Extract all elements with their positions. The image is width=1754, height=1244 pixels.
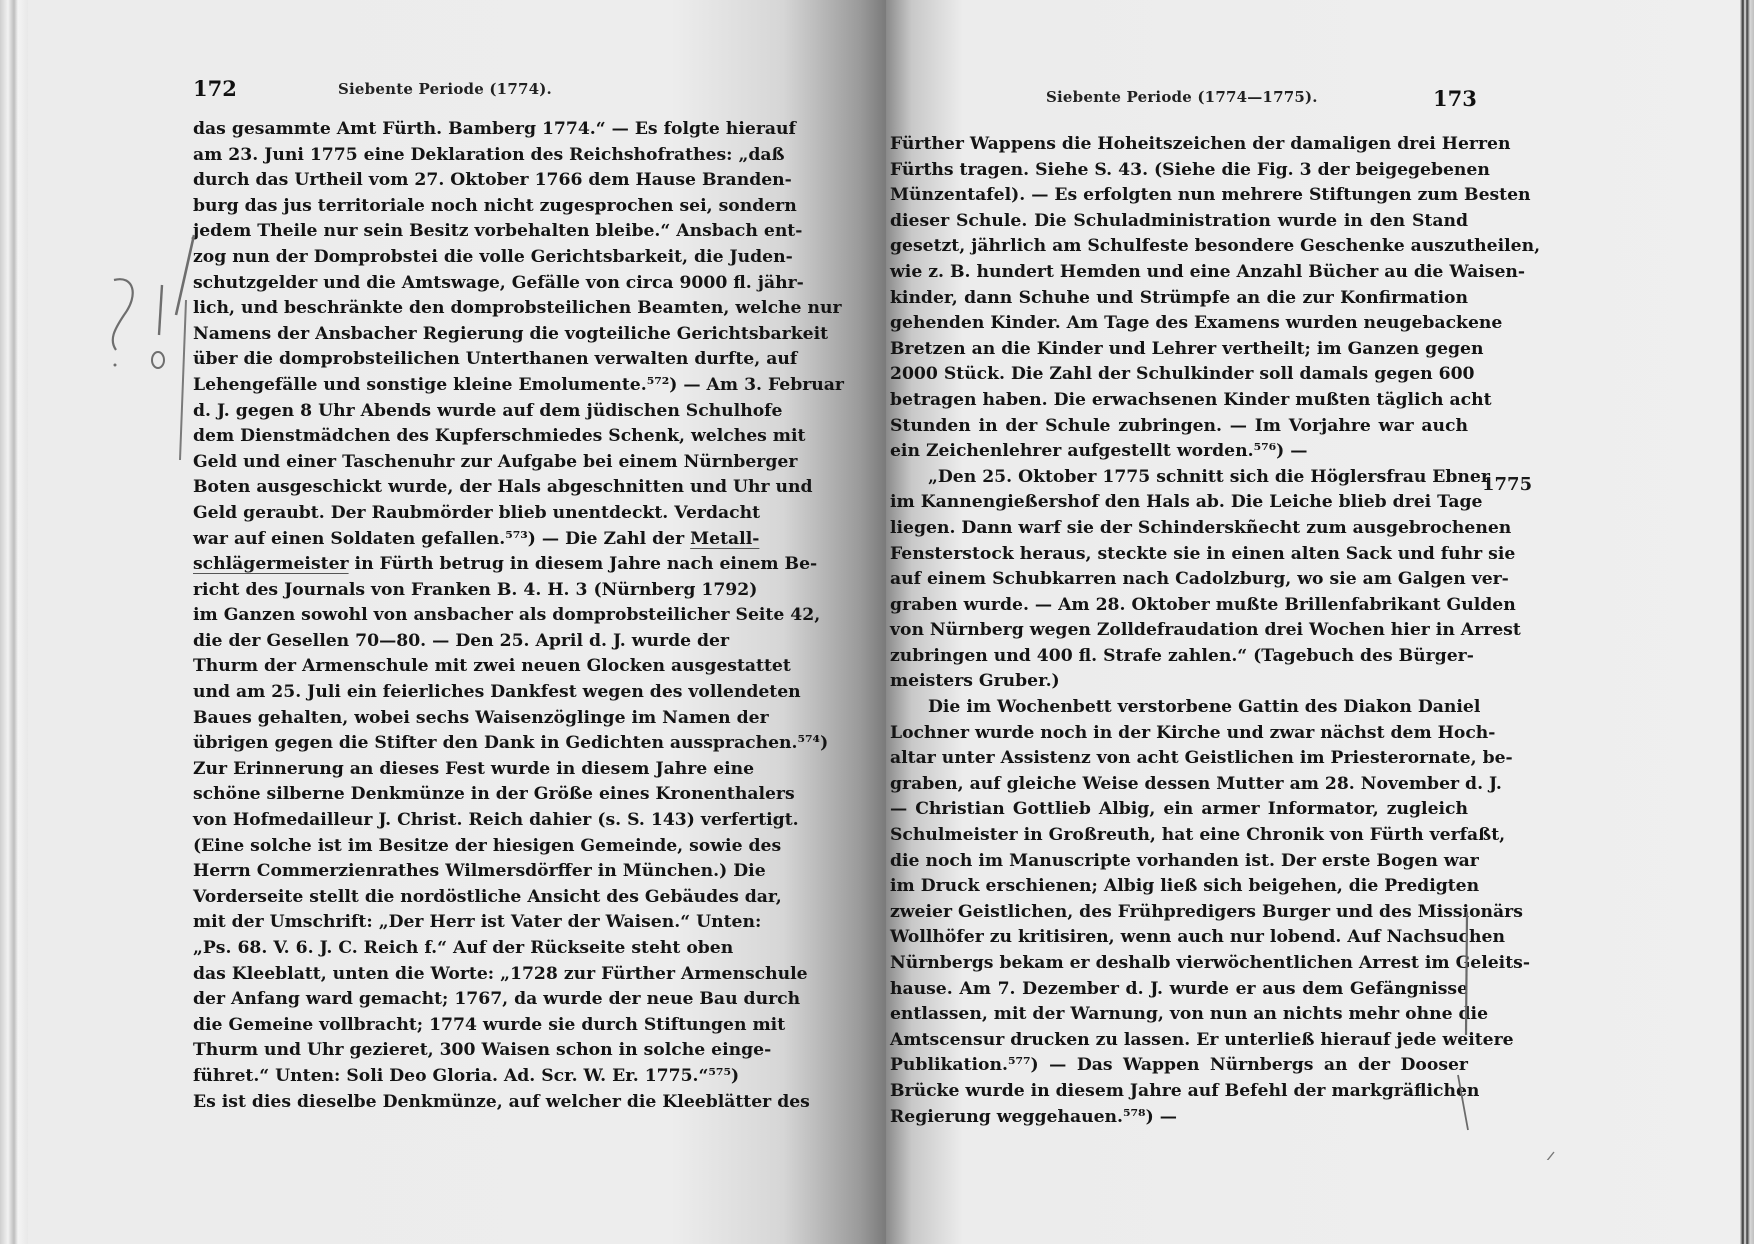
right-text-line: zweier Geistlichen, des Frühpredigers Bu… <box>890 900 1468 926</box>
right-text-line: entlassen, mit der Warnung, von nun an n… <box>890 1002 1468 1028</box>
left-text-line: Namens der Ansbacher Regierung die vogte… <box>193 322 721 348</box>
right-text-line: Lochner wurde noch in der Kirche und zwa… <box>890 721 1468 747</box>
right-page: Siebente Periode (1774—1775). 173 Fürthe… <box>886 0 1740 1244</box>
left-text-line: über die domprobsteilichen Unterthanen v… <box>193 347 721 373</box>
right-text-line: Nürnbergs bekam er deshalb vierwöchentli… <box>890 951 1468 977</box>
left-text-line: mit der Umschrift: „Der Herr ist Vater d… <box>193 910 721 936</box>
left-text-line: lich, und beschränkte den domprobsteilic… <box>193 296 721 322</box>
left-text-line: Es ist dies dieselbe Denkmünze, auf welc… <box>193 1090 721 1116</box>
right-text-line: wie z. B. hundert Hemden und eine Anzahl… <box>890 260 1468 286</box>
right-text-line: Fürths tragen. Siehe S. 43. (Siehe die F… <box>890 158 1468 184</box>
right-text-line: Fürther Wappens die Hoheitszeichen der d… <box>890 132 1468 158</box>
left-text-line: jedem Theile nur sein Besitz vorbehalten… <box>193 219 721 245</box>
left-text-line: und am 25. Juli ein feierliches Dankfest… <box>193 680 721 706</box>
right-text-line: im Kannengießershof den Hals ab. Die Lei… <box>890 490 1468 516</box>
right-text-line: kinder, dann Schuhe und Strümpfe an die … <box>890 286 1468 312</box>
left-text-line: schöne silberne Denkmünze in der Größe e… <box>193 782 721 808</box>
right-text-line: gehenden Kinder. Am Tage des Examens wur… <box>890 311 1468 337</box>
left-text-line: Thurm der Armenschule mit zwei neuen Glo… <box>193 654 721 680</box>
left-text-line: Lehengefälle und sonstige kleine Emolume… <box>193 373 721 399</box>
left-text-line: Vorderseite stellt die nordöstliche Ansi… <box>193 885 721 911</box>
right-text-line: zubringen und 400 fl. Strafe zahlen.“ (T… <box>890 644 1468 670</box>
left-text-line: Boten ausgeschickt wurde, der Hals abges… <box>193 475 721 501</box>
right-text-line: ein Zeichenlehrer aufgestellt worden.⁵⁷⁶… <box>890 439 1468 465</box>
left-text-line: durch das Urtheil vom 27. Oktober 1766 d… <box>193 168 721 194</box>
right-text-line: betragen haben. Die erwachsenen Kinder m… <box>890 388 1468 414</box>
right-text-line: gesetzt, jährlich am Schulfeste besonder… <box>890 234 1468 260</box>
right-text-line: hause. Am 7. Dezember d. J. wurde er aus… <box>890 977 1468 1003</box>
left-text-line: Zur Erinnerung an dieses Fest wurde in d… <box>193 757 721 783</box>
right-text-line: meisters Gruber.) <box>890 669 1468 695</box>
right-text-line: Schulmeister in Großreuth, hat eine Chro… <box>890 823 1468 849</box>
left-text-line: am 23. Juni 1775 eine Deklaration des Re… <box>193 143 721 169</box>
left-page: 172 Siebente Periode (1774). das gesammt… <box>28 0 886 1244</box>
right-text-line: Bretzen an die Kinder und Lehrer verthei… <box>890 337 1468 363</box>
left-text-line: führet.“ Unten: Soli Deo Gloria. Ad. Scr… <box>193 1064 721 1090</box>
left-text-line: schutzgelder und die Amtswage, Gefälle v… <box>193 271 721 297</box>
pencil-underlined-word: Metall- <box>690 529 759 549</box>
right-running-head: Siebente Periode (1774—1775). <box>1046 88 1318 106</box>
left-text-line: im Ganzen sowohl von ansbacher als dompr… <box>193 603 721 629</box>
right-text-line: Regierung weggehauen.⁵⁷⁸) — <box>890 1105 1468 1131</box>
right-text-line: Die im Wochenbett verstorbene Gattin des… <box>890 695 1468 721</box>
right-page-number: 173 <box>1433 86 1477 111</box>
right-text-line: Wollhöfer zu kritisiren, wenn auch nur l… <box>890 925 1468 951</box>
right-text-line: auf einem Schubkarren nach Cadolzburg, w… <box>890 567 1468 593</box>
left-text-line: Baues gehalten, wobei sechs Waisenzöglin… <box>193 706 721 732</box>
left-running-head: Siebente Periode (1774). <box>338 80 552 98</box>
right-text-line: die noch im Manuscripte vorhanden ist. D… <box>890 849 1468 875</box>
page-stack-edge-left <box>0 0 28 1244</box>
book-spread: 172 Siebente Periode (1774). das gesammt… <box>0 0 1754 1244</box>
left-text-line: Geld geraubt. Der Raubmörder blieb unent… <box>193 501 721 527</box>
left-text-line: Geld und einer Taschenuhr zur Aufgabe be… <box>193 450 721 476</box>
right-text-line: graben wurde. — Am 28. Oktober mußte Bri… <box>890 593 1468 619</box>
right-text-line: Münzentafel). — Es erfolgten nun mehrere… <box>890 183 1468 209</box>
pencil-underlined-word: schlägermeister <box>193 554 349 574</box>
right-text-line: 2000 Stück. Die Zahl der Schulkinder sol… <box>890 362 1468 388</box>
right-text-line: Fensterstock heraus, steckte sie in eine… <box>890 542 1468 568</box>
right-text-line: Publikation.⁵⁷⁷) — Das Wappen Nürnbergs … <box>890 1053 1468 1079</box>
left-text-line: dem Dienstmädchen des Kupferschmiedes Sc… <box>193 424 721 450</box>
left-text-line: war auf einen Soldaten gefallen.⁵⁷³) — D… <box>193 527 721 553</box>
left-body-text: das gesammte Amt Fürth. Bamberg 1774.“ —… <box>193 117 721 1115</box>
left-text-line: das Kleeblatt, unten die Worte: „1728 zu… <box>193 962 721 988</box>
left-text-line: das gesammte Amt Fürth. Bamberg 1774.“ —… <box>193 117 721 143</box>
left-text-line: richt des Journals von Franken B. 4. H. … <box>193 578 721 604</box>
right-text-line: Brücke wurde in diesem Jahre auf Befehl … <box>890 1079 1468 1105</box>
right-text-line: graben, auf gleiche Weise dessen Mutter … <box>890 772 1468 798</box>
left-text-line: burg das jus territoriale noch nicht zug… <box>193 194 721 220</box>
pencil-margin-mark-icon <box>94 220 204 470</box>
left-text-line: „Ps. 68. V. 6. J. C. Reich f.“ Auf der R… <box>193 936 721 962</box>
left-text-line: übrigen gegen die Stifter den Dank in Ge… <box>193 731 721 757</box>
left-text-line: Thurm und Uhr gezieret, 300 Waisen schon… <box>193 1038 721 1064</box>
right-text-line: altar unter Assistenz von acht Geistlich… <box>890 746 1468 772</box>
left-text-line: (Eine solche ist im Besitze der hiesigen… <box>193 834 721 860</box>
right-body-text: Fürther Wappens die Hoheitszeichen der d… <box>890 132 1468 1130</box>
right-text-line: — Christian Gottlieb Albig, ein armer In… <box>890 797 1468 823</box>
left-page-number: 172 <box>193 76 237 101</box>
left-text-line: Herrn Commerzienrathes Wilmersdörffer in… <box>193 859 721 885</box>
margin-year-note: 1775 <box>1482 474 1532 495</box>
right-text-line: liegen. Dann warf sie der Schinderskñech… <box>890 516 1468 542</box>
right-text-line: im Druck erschienen; Albig ließ sich bei… <box>890 874 1468 900</box>
left-text-line: d. J. gegen 8 Uhr Abends wurde auf dem j… <box>193 399 721 425</box>
right-text-line: von Nürnberg wegen Zolldefraudation drei… <box>890 618 1468 644</box>
left-text-line: der Anfang ward gemacht; 1767, da wurde … <box>193 987 721 1013</box>
left-text-line: die Gemeine vollbracht; 1774 wurde sie d… <box>193 1013 721 1039</box>
left-text-line: von Hofmedailleur J. Christ. Reich dahie… <box>193 808 721 834</box>
right-text-line: Stunden in der Schule zubringen. — Im Vo… <box>890 414 1468 440</box>
left-text-line: schlägermeister in Fürth betrug in diese… <box>193 552 721 578</box>
right-text-line: dieser Schule. Die Schuladministration w… <box>890 209 1468 235</box>
page-stack-edge-right <box>1740 0 1754 1244</box>
left-text-line: die der Gesellen 70—80. — Den 25. April … <box>193 629 721 655</box>
right-text-line: „Den 25. Oktober 1775 schnitt sich die H… <box>890 465 1468 491</box>
left-text-line: zog nun der Domprobstei die volle Gerich… <box>193 245 721 271</box>
right-text-line: Amtscensur drucken zu lassen. Er unterli… <box>890 1028 1468 1054</box>
